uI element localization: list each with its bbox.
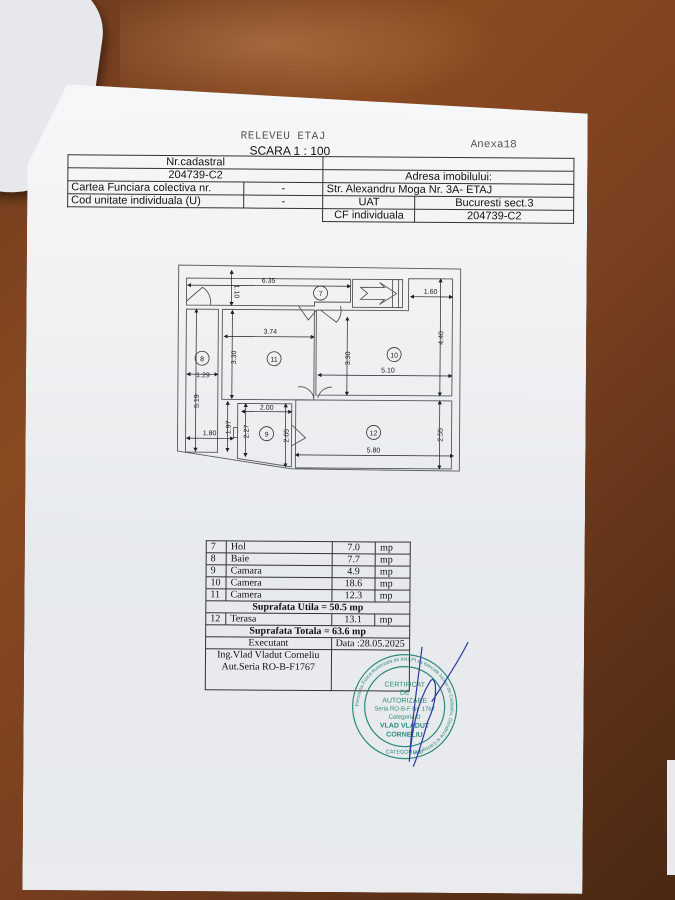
carte-funciara-value: - bbox=[244, 182, 324, 196]
executant-label: Executant bbox=[206, 637, 332, 650]
area-row-area: 7.0 bbox=[332, 542, 376, 554]
area-row-nr: 10 bbox=[206, 577, 226, 589]
dim-room10-height: 4.40 bbox=[438, 331, 445, 345]
cod-unitate-value: - bbox=[243, 195, 323, 209]
area-row-area: 18.6 bbox=[331, 578, 375, 590]
document-page: RELEVEU ETAJ SCARA 1 : 100 Anexa18 Nr.ca… bbox=[22, 84, 588, 894]
area-row-area: 4.9 bbox=[332, 566, 376, 578]
stamp-line4: Seria RO-B-F Nr. 1767 bbox=[374, 706, 435, 712]
area-row: 10Camera18.6mp bbox=[206, 577, 410, 590]
cod-unitate-label: Cod unitate individuala (U) bbox=[68, 194, 244, 208]
dim-room12-width: 5.80 bbox=[367, 447, 381, 454]
area-row-name: Hol bbox=[226, 541, 332, 554]
room-label-9: 9 bbox=[265, 432, 269, 439]
dim-stair-width: 1.60 bbox=[424, 289, 438, 296]
area-row-nr: 9 bbox=[206, 565, 226, 577]
dim-room8-partition: 1.97 bbox=[226, 420, 233, 434]
room-label-11: 11 bbox=[270, 357, 277, 364]
area-row: 9Camara4.9mp bbox=[206, 565, 410, 578]
dim-room8-width: 1.29 bbox=[196, 372, 210, 379]
terrace-nr: 12 bbox=[206, 613, 226, 625]
area-row: 11Camera12.3mp bbox=[206, 589, 410, 602]
dim-hol-width: 1.10 bbox=[233, 285, 240, 299]
stamp-line6: VLAD VLADUT bbox=[380, 722, 430, 729]
terrace-name: Terasa bbox=[226, 613, 332, 626]
room-label-12: 12 bbox=[370, 430, 378, 437]
cf-value: 204739-C2 bbox=[415, 209, 574, 223]
dim-room9-right: 2.65 bbox=[284, 429, 291, 443]
area-row: 7Hol7.0mp bbox=[206, 541, 410, 554]
area-row-area: 7.7 bbox=[332, 554, 376, 566]
area-row-name: Camera bbox=[226, 589, 332, 602]
room-label-10: 10 bbox=[390, 353, 398, 360]
authorization-series: Aut.Seria RO-B-F1767 bbox=[210, 661, 327, 674]
room-label-7: 7 bbox=[319, 291, 323, 298]
annex-label: Anexa18 bbox=[471, 139, 517, 151]
area-row-name: Baie bbox=[226, 553, 332, 566]
dim-room11-width: 3.74 bbox=[263, 329, 277, 336]
area-row-unit: mp bbox=[375, 566, 410, 578]
area-row-unit: mp bbox=[375, 578, 410, 590]
area-row-unit: mp bbox=[375, 590, 410, 602]
document-title: RELEVEU ETAJ bbox=[241, 130, 326, 143]
dim-room9-width: 2.00 bbox=[260, 405, 274, 412]
dim-room8-height: 5.19 bbox=[194, 394, 201, 408]
uat-label: UAT bbox=[323, 196, 415, 210]
dim-hol-length: 6.35 bbox=[262, 278, 276, 285]
stamp-line2: DE bbox=[400, 690, 410, 697]
dim-room9-left: 2.27 bbox=[244, 425, 251, 439]
other-paper-edge bbox=[667, 760, 675, 875]
terrace-area: 13.1 bbox=[331, 614, 375, 626]
area-row-unit: mp bbox=[375, 554, 410, 566]
cf-label: CF individuala bbox=[323, 209, 415, 223]
area-row-nr: 7 bbox=[206, 541, 226, 553]
terrace-unit: mp bbox=[375, 614, 410, 626]
area-row: 8Baie7.7mp bbox=[206, 553, 410, 566]
executant-details: Ing.Vlad Vladut Corneliu Aut.Seria RO-B-… bbox=[205, 649, 331, 691]
address-value: Str. Alexandru Moga Nr. 3A- ETAJ bbox=[323, 183, 574, 198]
certification-stamp: Persoana Fizica Autorizata de ANCPI sa e… bbox=[339, 641, 470, 772]
floor-plan: 6.35 1.10 1.60 4.40 3.74 3.30 3.30 5.10 … bbox=[173, 261, 464, 473]
area-row-name: Camara bbox=[226, 565, 332, 578]
area-row-name: Camera bbox=[226, 577, 332, 590]
stamp-line7: CORNELIU bbox=[386, 732, 423, 739]
area-row-nr: 8 bbox=[206, 553, 226, 565]
area-row-nr: 11 bbox=[206, 589, 226, 601]
dim-room10-inner: 3.30 bbox=[345, 351, 352, 365]
area-row-area: 12.3 bbox=[331, 590, 375, 602]
dim-room11-height: 3.30 bbox=[231, 351, 238, 365]
room-label-8: 8 bbox=[200, 356, 204, 363]
carte-funciara-label: Cartea Funciara colectiva nr. bbox=[68, 181, 244, 195]
cadastral-header-table: Nr.cadastral 204739-C2 Adresa imobilului… bbox=[67, 154, 574, 224]
dim-room12-height: 2.55 bbox=[438, 428, 445, 442]
dim-room10-width: 5.10 bbox=[381, 367, 395, 374]
engineer-name: Ing.Vlad Vladut Corneliu bbox=[210, 649, 327, 662]
stamp-line1: CERTIFICAT bbox=[384, 682, 425, 689]
dim-room8-bottom: 1.80 bbox=[203, 430, 217, 437]
area-row-unit: mp bbox=[376, 542, 411, 554]
uat-value: Bucuresti sect.3 bbox=[415, 196, 574, 210]
